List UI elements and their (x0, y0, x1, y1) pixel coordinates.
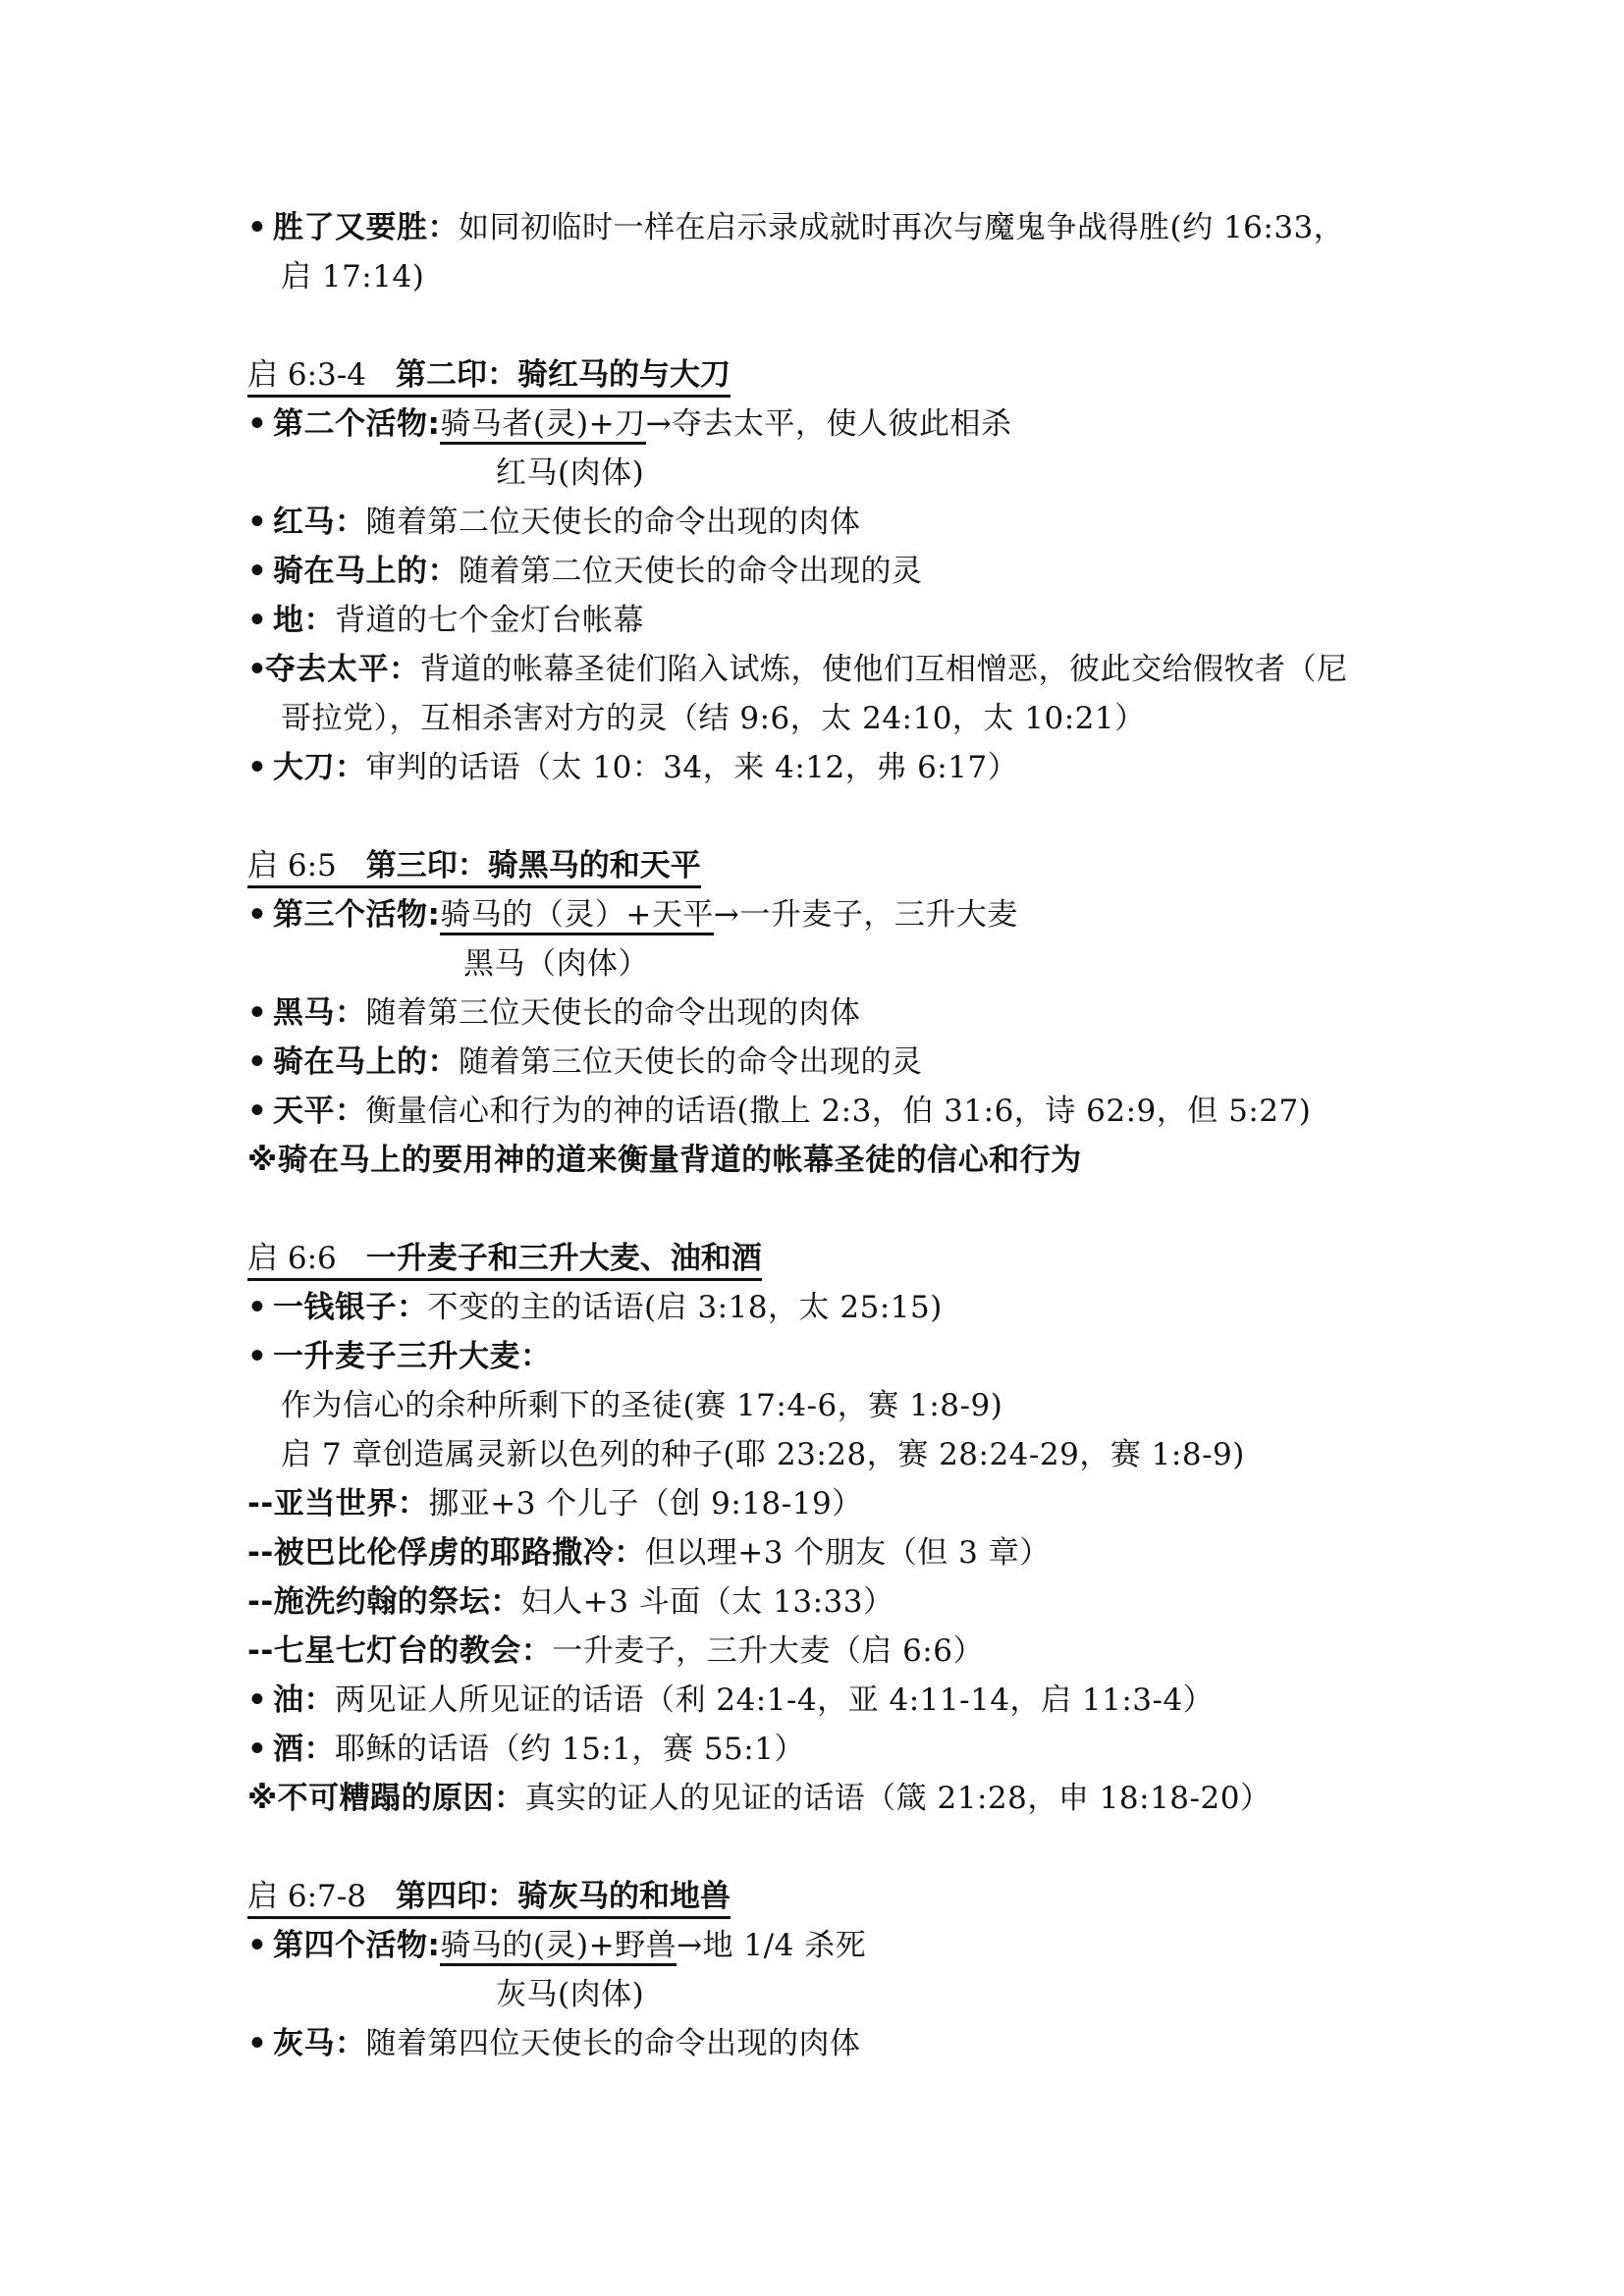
bullet-icon: • (247, 1092, 273, 1131)
creature-label: 第四个活物: (273, 1928, 440, 1963)
item-term: 一升麦子三升大麦： (273, 1339, 552, 1374)
sub-line: 作为信心的余种所剩下的圣徒(赛 17:4-6，赛 1:8-9) (281, 1386, 1002, 1425)
creature-result: 地 1/4 杀死 (703, 1928, 867, 1963)
note-line: ※骑在马上的要用神的道来衡量背道的帐幕圣徒的信心和行为 (247, 1141, 1082, 1180)
list-item: •骑在马上的：随着第二位天使长的命令出现的灵 (247, 552, 923, 591)
section-heading: 启 6:7-8第四印：骑灰马的和地兽 (247, 1877, 731, 1919)
item-text: 背道的帐幕圣徒们陷入试炼，使他们互相憎恶，彼此交给假牧者（尼 (420, 652, 1348, 687)
item-text: 不变的主的话语(启 3:18，太 25:15) (428, 1290, 943, 1325)
creature-line: •第二个活物:骑马者(灵)+刀→夺去太平，使人彼此相杀 (247, 404, 1012, 444)
list-item: •酒：耶稣的话语（约 15:1，赛 55:1） (247, 1730, 805, 1769)
bullet-icon: • (247, 601, 273, 640)
heading-ref: 启 6:3-4 (247, 357, 366, 393)
note-text: 真实的证人的见证的话语（箴 21:28，申 18:18-20） (525, 1781, 1272, 1816)
item-term: 夺去太平： (265, 652, 420, 687)
bullet-icon: • (247, 552, 273, 591)
item-text: 两见证人所见证的话语（利 24:1-4，亚 4:11-14，启 11:3-4） (335, 1682, 1214, 1718)
creature-underlined: 骑马者(灵)+刀 (440, 406, 645, 445)
item-text: 妇人+3 斗面（太 13:33） (521, 1584, 894, 1620)
heading-title: 第二印：骑红马的与大刀 (396, 357, 731, 393)
list-item: •一钱银子：不变的主的话语(启 3:18，太 25:15) (247, 1288, 943, 1327)
list-item: •地：背道的七个金灯台帐幕 (247, 601, 644, 640)
bullet-icon: • (247, 1730, 273, 1769)
item-text: 随着第二位天使长的命令出现的肉体 (366, 505, 861, 540)
creature-underlined: 骑马的(灵)+野兽 (440, 1928, 677, 1966)
bullet-icon: • (247, 1681, 273, 1720)
document-page: •胜了又要胜：如同初临时一样在启示录成就时再次与魔鬼争战得胜(约 16:33， … (0, 0, 1624, 2296)
item-text: 耶稣的话语（约 15:1，赛 55:1） (335, 1732, 805, 1767)
list-item: •天平：衡量信心和行为的神的话语(撒上 2:3，伯 31:6，诗 62:9，但 … (247, 1092, 1311, 1131)
creature-below: 灰马(肉体) (496, 1975, 644, 2014)
dash-item: --被巴比伦俘虏的耶路撒冷：但以理+3 个朋友（但 3 章） (247, 1533, 1051, 1573)
bullet-icon: • (247, 1926, 273, 1965)
item-term: --亚当世界： (247, 1486, 428, 1522)
note-term: ※不可糟蹋的原因： (247, 1781, 525, 1816)
list-item: •大刀：审判的话语（太 10：34，来 4:12，弗 6:17） (247, 748, 1018, 787)
item-term: 黑马： (273, 995, 366, 1031)
item-term: 天平： (273, 1094, 366, 1129)
sub-line: 启 7 章创造属灵新以色列的种子(耶 23:28，赛 28:24-29，赛 1:… (281, 1435, 1245, 1474)
item-text: 随着第四位天使长的命令出现的肉体 (366, 2026, 861, 2061)
item-text: 随着第三位天使长的命令出现的肉体 (366, 995, 861, 1031)
list-item: •红马：随着第二位天使长的命令出现的肉体 (247, 503, 861, 542)
list-item: •灰马：随着第四位天使长的命令出现的肉体 (247, 2024, 861, 2063)
list-item: •夺去太平：背道的帐幕圣徒们陷入试炼，使他们互相憎恶，彼此交给假牧者（尼 (247, 650, 1348, 689)
item-text-continuation: 启 17:14) (281, 257, 424, 296)
item-term: --七星七灯台的教会： (247, 1633, 552, 1669)
item-term: --被巴比伦俘虏的耶路撒冷： (247, 1535, 645, 1571)
bullet-icon: • (247, 895, 273, 934)
bullet-icon: • (247, 1042, 273, 1082)
item-term: 骑在马上的： (273, 1044, 459, 1080)
bullet-icon: • (247, 993, 273, 1033)
creature-label: 第三个活物: (273, 897, 440, 933)
dash-item: --施洗约翰的祭坛：妇人+3 斗面（太 13:33） (247, 1582, 893, 1622)
item-text-continuation: 哥拉党），互相杀害对方的灵（结 9:6，太 24:10，太 10:21） (281, 699, 1146, 738)
creature-result: 夺去太平，使人彼此相杀 (672, 406, 1012, 442)
creature-result: 一升麦子，三升大麦 (739, 897, 1018, 933)
bullet-icon: • (247, 208, 273, 247)
list-item: •油：两见证人所见证的话语（利 24:1-4，亚 4:11-14，启 11:3-… (247, 1681, 1214, 1720)
dash-item: --七星七灯台的教会：一升麦子，三升大麦（启 6:6） (247, 1631, 984, 1671)
creature-line: •第四个活物:骑马的(灵)+野兽→地 1/4 杀死 (247, 1926, 866, 1965)
item-term: 地： (273, 603, 335, 638)
list-item: •一升麦子三升大麦： (247, 1337, 552, 1376)
bullet-icon: • (247, 503, 273, 542)
arrow-icon: → (714, 897, 739, 933)
section-heading: 启 6:6一升麦子和三升大麦、油和酒 (247, 1239, 762, 1281)
item-text: 一升麦子，三升大麦（启 6:6） (552, 1633, 984, 1669)
bullet-icon: • (247, 748, 273, 787)
list-item-intro: •胜了又要胜：如同初临时一样在启示录成就时再次与魔鬼争战得胜(约 16:33， (247, 208, 1344, 247)
creature-below: 红马(肉体) (496, 454, 644, 493)
heading-title: 第四印：骑灰马的和地兽 (396, 1879, 731, 1914)
item-term: 骑在马上的： (273, 554, 459, 589)
heading-title: 一升麦子和三升大麦、油和酒 (366, 1241, 762, 1276)
item-text: 随着第三位天使长的命令出现的灵 (459, 1044, 923, 1080)
creature-line: •第三个活物:骑马的（灵）+天平→一升麦子，三升大麦 (247, 895, 1018, 934)
section-heading: 启 6:5第三印：骑黑马的和天平 (247, 846, 701, 888)
item-term: 灰马： (273, 2026, 366, 2061)
dash-item: --亚当世界：挪亚+3 个儿子（创 9:18-19） (247, 1484, 863, 1523)
item-text: 挪亚+3 个儿子（创 9:18-19） (428, 1486, 862, 1522)
bullet-icon: • (247, 1337, 273, 1376)
item-text: 随着第二位天使长的命令出现的灵 (459, 554, 923, 589)
item-term: 油： (273, 1682, 335, 1718)
list-item: •黑马：随着第三位天使长的命令出现的肉体 (247, 993, 861, 1033)
item-term: 酒： (273, 1732, 335, 1767)
item-text: 背道的七个金灯台帐幕 (335, 603, 644, 638)
item-term: 胜了又要胜： (273, 210, 459, 245)
arrow-icon: → (677, 1928, 702, 1963)
section-heading: 启 6:3-4第二印：骑红马的与大刀 (247, 355, 731, 398)
arrow-icon: → (646, 406, 672, 442)
item-term: 红马： (273, 505, 366, 540)
item-text: 如同初临时一样在启示录成就时再次与魔鬼争战得胜(约 16:33， (459, 210, 1344, 245)
bullet-icon: • (247, 2024, 273, 2063)
note-line: ※不可糟蹋的原因：真实的证人的见证的话语（箴 21:28，申 18:18-20） (247, 1779, 1271, 1818)
bullet-icon: • (247, 650, 265, 689)
creature-below: 黑马（肉体） (463, 944, 649, 984)
heading-title: 第三印：骑黑马的和天平 (366, 848, 701, 883)
list-item: •骑在马上的：随着第三位天使长的命令出现的灵 (247, 1042, 923, 1082)
creature-underlined: 骑马的（灵）+天平 (440, 897, 713, 935)
heading-ref: 启 6:6 (247, 1241, 337, 1276)
creature-label: 第二个活物: (273, 406, 440, 442)
bullet-icon: • (247, 404, 273, 444)
item-term: --施洗约翰的祭坛： (247, 1584, 521, 1620)
item-term: 一钱银子： (273, 1290, 428, 1325)
heading-ref: 启 6:5 (247, 848, 337, 883)
item-text: 衡量信心和行为的神的话语(撒上 2:3，伯 31:6，诗 62:9，但 5:27… (366, 1094, 1312, 1129)
item-text: 审判的话语（太 10：34，来 4:12，弗 6:17） (366, 750, 1019, 785)
item-term: 大刀： (273, 750, 366, 785)
bullet-icon: • (247, 1288, 273, 1327)
heading-ref: 启 6:7-8 (247, 1879, 366, 1914)
item-text: 但以理+3 个朋友（但 3 章） (645, 1535, 1051, 1571)
